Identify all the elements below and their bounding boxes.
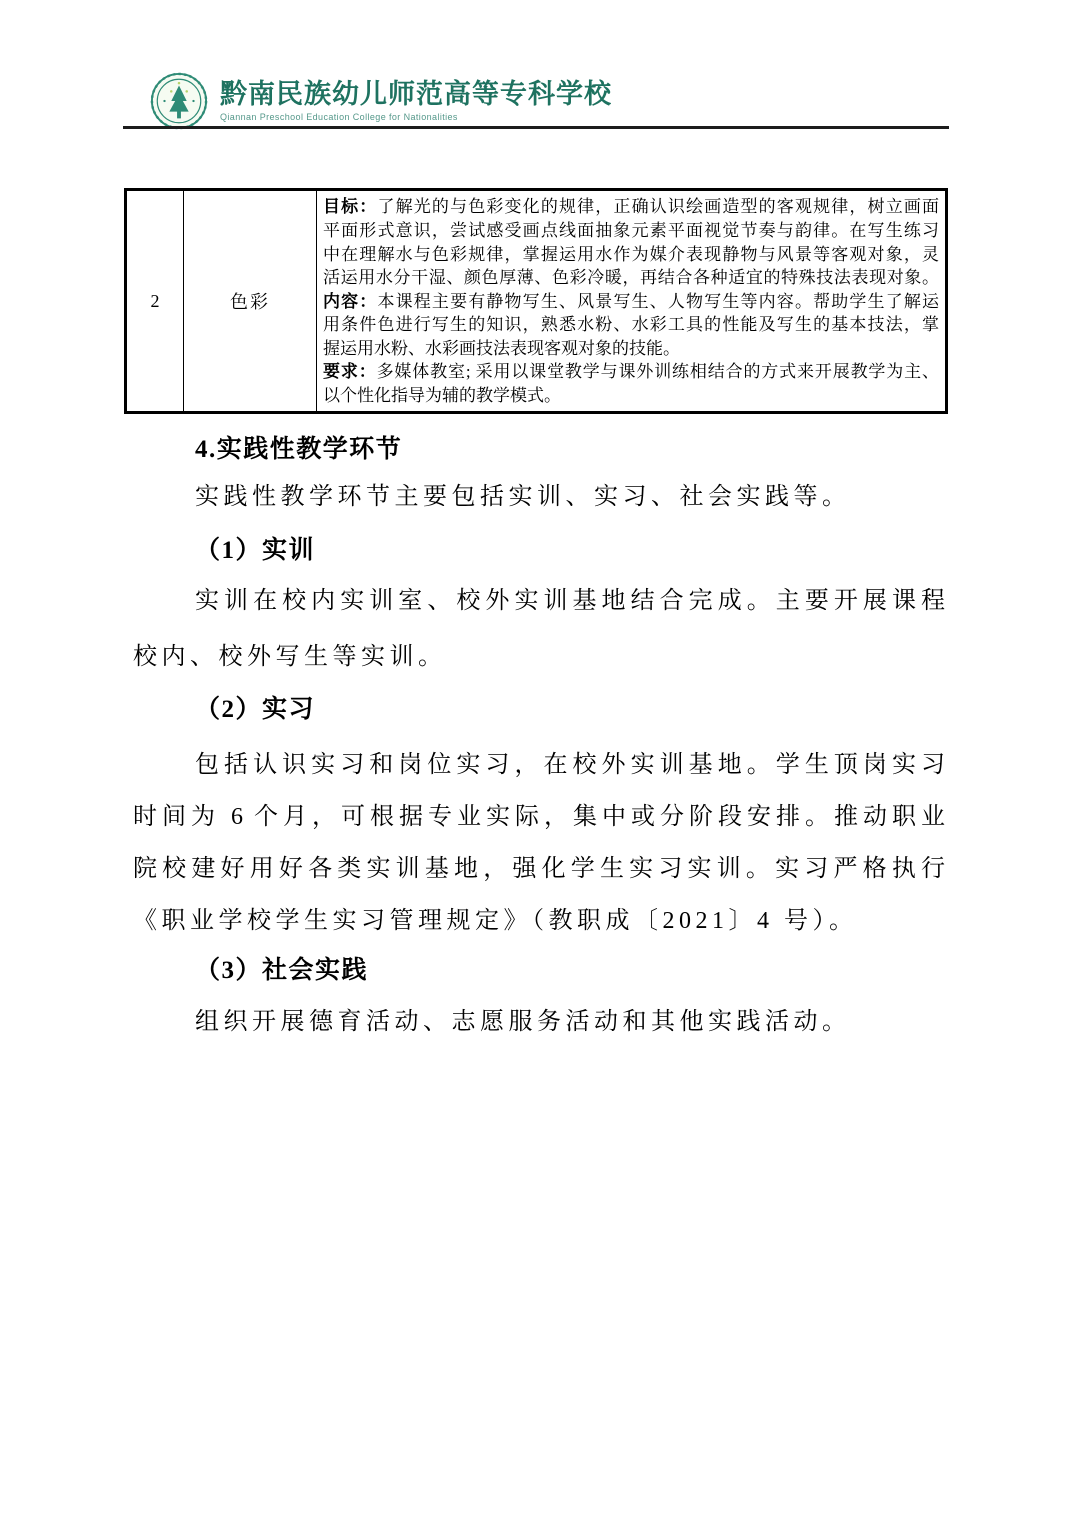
detail-line: 要求：多媒体教室; 采用以课堂教学与课外训练相结合的方式来开展教学为主、 <box>323 360 939 384</box>
detail-line: 以个性化指导为辅的教学模式。 <box>323 384 939 408</box>
paragraph-line: 组织开展德育活动、志愿服务活动和其他实践活动。 <box>133 1004 945 1040</box>
paragraph-line: 实训在校内实训室、校外实训基地结合完成。主要开展课程 <box>133 583 945 619</box>
detail-line: 中在理解水与色彩规律，掌握运用水作为媒介表现静物与风景等客观对象，灵 <box>323 243 939 267</box>
course-name-cell: 色彩 <box>184 190 317 413</box>
subsection-heading-3: （3）社会实践 <box>133 952 1007 990</box>
subsection-heading-2: （2）实习 <box>133 691 1007 729</box>
school-seal-icon <box>150 72 208 130</box>
section-heading-4: 4.实践性教学环节 <box>133 431 1007 469</box>
subsection-heading-1: （1）实训 <box>133 532 1007 570</box>
detail-line: 握运用水粉、水彩画技法表现客观对象的技能。 <box>323 337 939 361</box>
course-detail-cell: 目标：了解光的与色彩变化的规律，正确认识绘画造型的客观规律，树立画面 平面形式意… <box>317 190 947 413</box>
course-table: 2 色彩 目标：了解光的与色彩变化的规律，正确认识绘画造型的客观规律，树立画面 … <box>124 188 948 414</box>
table-row: 2 色彩 目标：了解光的与色彩变化的规律，正确认识绘画造型的客观规律，树立画面 … <box>126 190 947 413</box>
school-name-en: Qiannan Preschool Education College for … <box>220 111 612 123</box>
paragraph-line: 时间为 6 个月，可根据专业实际，集中或分阶段安排。推动职业 <box>133 799 945 835</box>
paragraph-line: 院校建好用好各类实训基地，强化学生实习实训。实习严格执行 <box>133 851 945 887</box>
detail-line: 活运用水分干湿、颜色厚薄、色彩冷暖，再结合各种适宜的特殊技法表现对象。 <box>323 266 939 290</box>
detail-line: 用条件色进行写生的知识，熟悉水粉、水彩工具的性能及写生的基本技法，掌 <box>323 313 939 337</box>
paragraph-line: 《职业学校学生实习管理规定》（教职成〔2021〕4 号）。 <box>133 903 945 939</box>
school-name-cn: 黔南民族幼儿师范高等专科学校 <box>220 79 612 109</box>
school-logo-block: 黔南民族幼儿师范高等专科学校 Qiannan Preschool Educati… <box>150 72 612 130</box>
paragraph-line: 包括认识实习和岗位实习，在校外实训基地。学生顶岗实习 <box>133 747 945 783</box>
header-divider <box>123 126 949 129</box>
detail-line: 目标：了解光的与色彩变化的规律，正确认识绘画造型的客观规律，树立画面 <box>323 195 939 219</box>
row-number-cell: 2 <box>126 190 184 413</box>
paragraph-line: 校内、校外写生等实训。 <box>133 639 945 675</box>
document-page: 黔南民族幼儿师范高等专科学校 Qiannan Preschool Educati… <box>0 0 1074 1520</box>
detail-line: 平面形式意识，尝试感受画点线面抽象元素平面视觉节奏与韵律。在写生练习 <box>323 219 939 243</box>
detail-line: 内容：本课程主要有静物写生、风景写生、人物写生等内容。帮助学生了解运 <box>323 290 939 314</box>
paragraph-line: 实践性教学环节主要包括实训、实习、社会实践等。 <box>133 479 945 515</box>
